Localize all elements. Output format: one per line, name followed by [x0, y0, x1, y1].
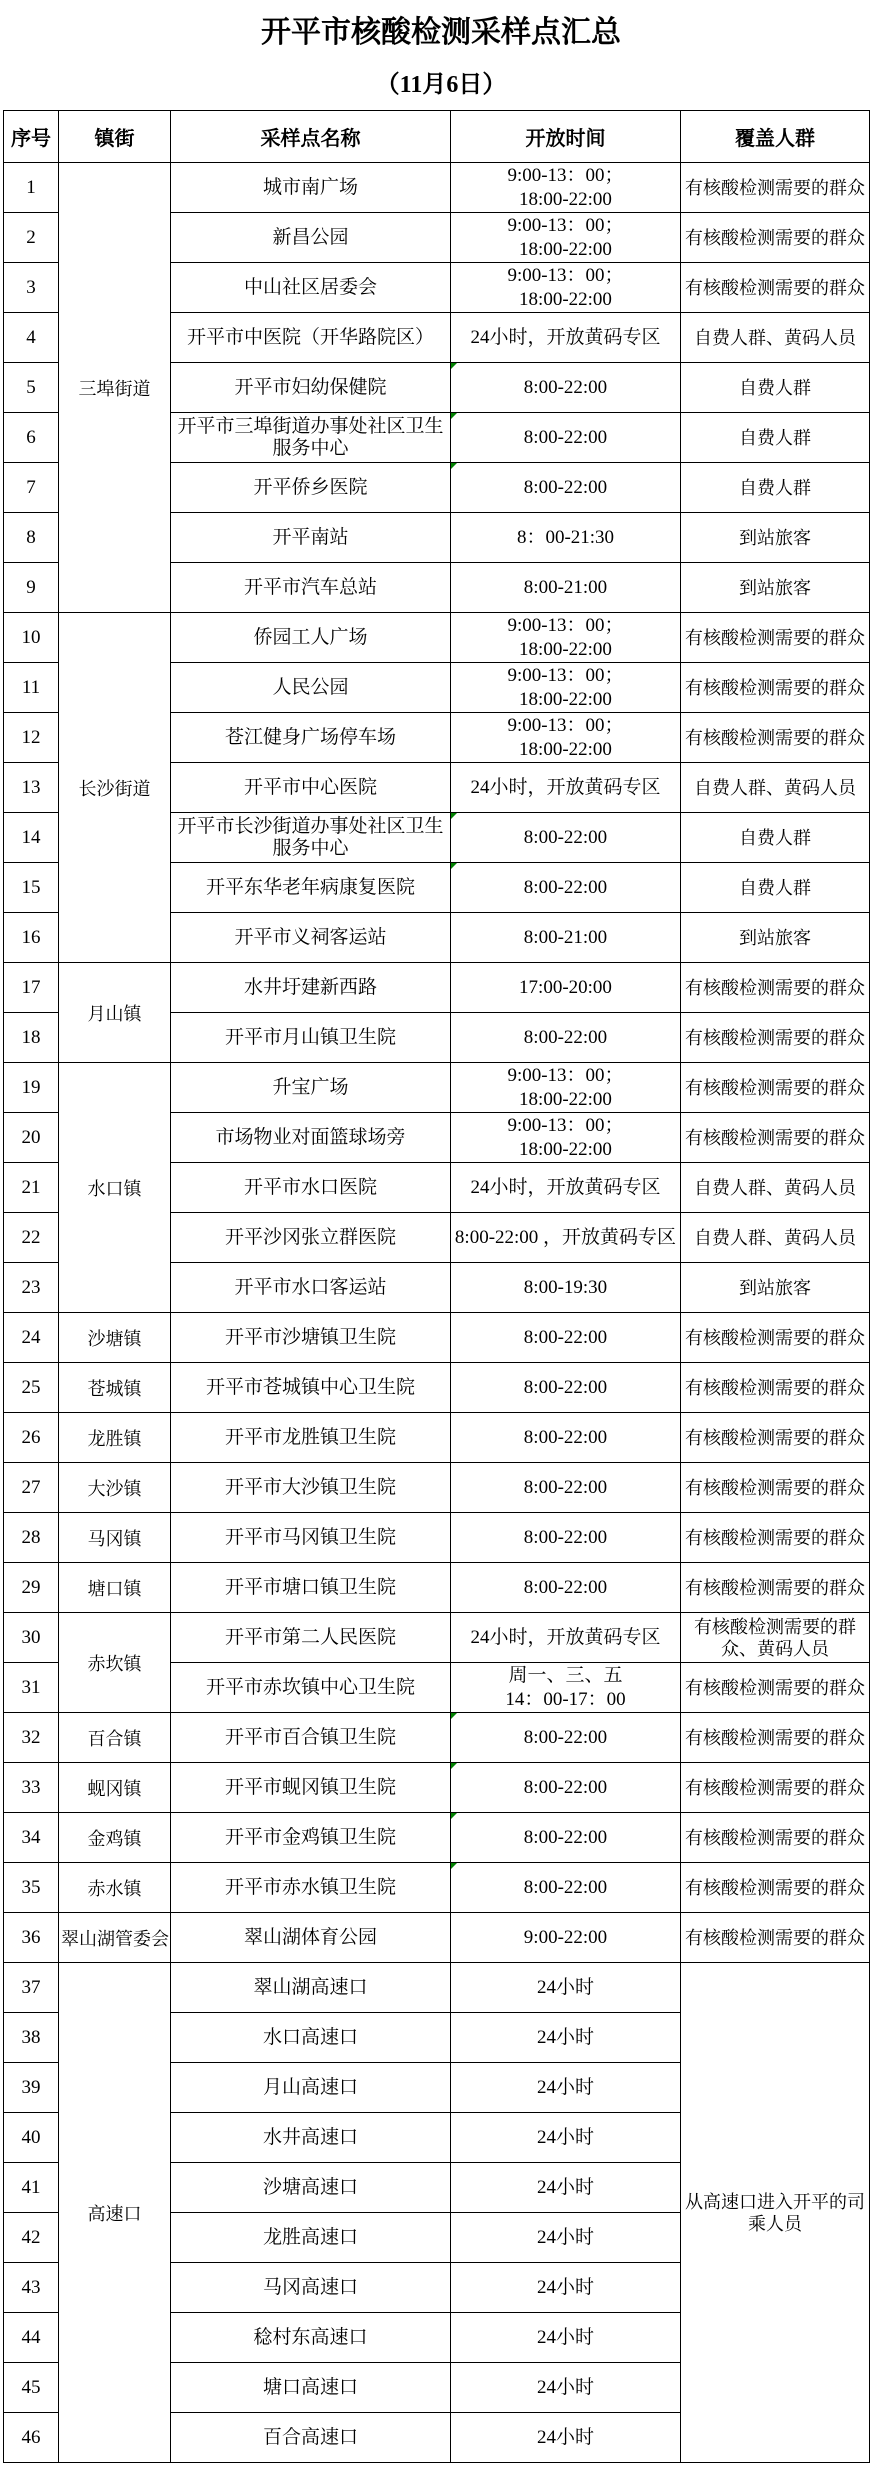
- sampling-site-cell-text: 水井圩建新西路: [244, 977, 377, 998]
- opening-hours-cell: 24小时: [451, 2363, 681, 2413]
- town-cell-text: 月山镇: [88, 1004, 142, 1024]
- coverage-cell-text: 自费人群、黄码人员: [694, 1228, 856, 1248]
- town-cell-text: 马冈镇: [88, 1529, 142, 1549]
- opening-hours-cell-text: 8:00-22:00: [524, 1327, 607, 1348]
- opening-hours-cell-text: 9:00-13：00； 18:00-22:00: [507, 1115, 623, 1160]
- coverage-cell-text: 自费人群: [739, 478, 811, 498]
- opening-hours-cell-text: 24小时: [537, 2277, 594, 2298]
- table-row: 24沙塘镇开平市沙塘镇卫生院8:00-22:00有核酸检测需要的群众: [4, 1313, 870, 1363]
- sampling-site-cell-text: 开平市沙塘镇卫生院: [225, 1327, 396, 1348]
- opening-hours-cell-text: 周一、三、五 14：00-17：00: [505, 1665, 625, 1710]
- serial-number-cell-text: 28: [22, 1527, 41, 1548]
- town-cell-text: 沙塘镇: [88, 1329, 142, 1349]
- serial-number-cell-text: 23: [22, 1277, 41, 1298]
- sampling-site-cell-text: 开平市汽车总站: [244, 577, 377, 598]
- serial-number-cell-text: 35: [22, 1877, 41, 1898]
- serial-number-cell-text: 42: [22, 2227, 41, 2248]
- serial-number-cell: 11: [4, 663, 59, 713]
- sampling-site-cell-text: 开平市大沙镇卫生院: [225, 1477, 396, 1498]
- opening-hours-cell: 24小时: [451, 2413, 681, 2463]
- coverage-cell: 自费人群: [681, 863, 870, 913]
- sampling-site-cell-text: 开平市中心医院: [244, 777, 377, 798]
- serial-number-cell: 29: [4, 1563, 59, 1613]
- opening-hours-cell: 24小时: [451, 2163, 681, 2213]
- coverage-cell-text: 自费人群: [739, 428, 811, 448]
- coverage-cell: 有核酸检测需要的群众: [681, 163, 870, 213]
- sampling-site-cell: 市场物业对面篮球场旁: [171, 1113, 451, 1163]
- serial-number-cell-text: 4: [26, 327, 36, 348]
- coverage-cell-text: 有核酸检测需要的群众: [685, 678, 865, 698]
- opening-hours-cell-text: 24小时: [537, 2327, 594, 2348]
- header-town: 镇街: [59, 111, 171, 163]
- opening-hours-cell-text: 8:00-22:00: [524, 427, 607, 448]
- town-cell-text: 苍城镇: [88, 1379, 142, 1399]
- serial-number-cell: 5: [4, 363, 59, 413]
- opening-hours-cell-text: 8:00-21:00: [524, 927, 607, 948]
- sampling-site-cell-text: 中山社区居委会: [244, 277, 377, 298]
- serial-number-cell-text: 5: [26, 377, 36, 398]
- coverage-cell-text: 有核酸检测需要的群众: [685, 978, 865, 998]
- table-row: 29塘口镇开平市塘口镇卫生院8:00-22:00有核酸检测需要的群众: [4, 1563, 870, 1613]
- serial-number-cell: 16: [4, 913, 59, 963]
- opening-hours-cell-text: 8:00-22:00: [524, 1527, 607, 1548]
- opening-hours-cell: 8:00-22:00: [451, 1513, 681, 1563]
- serial-number-cell: 40: [4, 2113, 59, 2163]
- serial-number-cell: 28: [4, 1513, 59, 1563]
- coverage-cell-text: 有核酸检测需要的群众: [685, 228, 865, 248]
- sampling-site-cell-text: 开平南站: [272, 527, 348, 548]
- town-cell-text: 百合镇: [88, 1729, 142, 1749]
- sampling-points-table: 序号 镇街 采样点名称 开放时间 覆盖人群 1三埠街道城市南广场9:00-13：…: [3, 110, 870, 2463]
- coverage-cell-text: 有核酸检测需要的群众: [685, 1578, 865, 1598]
- opening-hours-cell: 24小时: [451, 2263, 681, 2313]
- opening-hours-cell-text: 8:00-22:00: [524, 1377, 607, 1398]
- coverage-cell-text: 到站旅客: [739, 928, 811, 948]
- opening-hours-cell-text: 24小时，开放黄码专区: [470, 777, 660, 798]
- opening-hours-cell: 24小时: [451, 2013, 681, 2063]
- coverage-cell-text: 有核酸检测需要的群众: [685, 1728, 865, 1748]
- sampling-site-cell: 新昌公园: [171, 213, 451, 263]
- serial-number-cell-text: 31: [22, 1677, 41, 1698]
- sampling-site-cell: 开平市赤水镇卫生院: [171, 1863, 451, 1913]
- opening-hours-cell: 9:00-13：00； 18:00-22:00: [451, 1063, 681, 1113]
- serial-number-cell: 1: [4, 163, 59, 213]
- serial-number-cell: 10: [4, 613, 59, 663]
- opening-hours-cell-text: 8:00-22:00: [524, 377, 607, 398]
- coverage-cell: 有核酸检测需要的群众: [681, 1663, 870, 1713]
- serial-number-cell: 15: [4, 863, 59, 913]
- header-serial-number: 序号: [4, 111, 59, 163]
- opening-hours-cell-text: 24小时，开放黄码专区: [470, 327, 660, 348]
- serial-number-cell-text: 6: [26, 427, 36, 448]
- serial-number-cell-text: 46: [22, 2427, 41, 2448]
- opening-hours-cell-text: 24小时: [537, 2227, 594, 2248]
- sampling-site-cell: 开平市苍城镇中心卫生院: [171, 1363, 451, 1413]
- town-cell: 大沙镇: [59, 1463, 171, 1513]
- town-cell-text: 高速口: [88, 2204, 142, 2224]
- sampling-site-cell-text: 开平市水口医院: [244, 1177, 377, 1198]
- coverage-cell-text: 到站旅客: [739, 578, 811, 598]
- town-cell: 高速口: [59, 1963, 171, 2463]
- sampling-site-cell-text: 开平市中医院（开华路院区）: [187, 327, 434, 348]
- serial-number-cell: 3: [4, 263, 59, 313]
- opening-hours-cell-text: 24小时: [537, 2177, 594, 2198]
- opening-hours-cell-text: 8:00-22:00: [524, 1577, 607, 1598]
- coverage-cell: 有核酸检测需要的群众: [681, 1113, 870, 1163]
- coverage-cell: 有核酸检测需要的群众: [681, 1463, 870, 1513]
- opening-hours-cell: 8:00-22:00: [451, 413, 681, 463]
- serial-number-cell: 4: [4, 313, 59, 363]
- table-row: 30赤坎镇开平市第二人民医院24小时，开放黄码专区有核酸检测需要的群众、黄码人员: [4, 1613, 870, 1663]
- sampling-site-cell: 开平市三埠街道办事处社区卫生服务中心: [171, 413, 451, 463]
- coverage-cell: 有核酸检测需要的群众: [681, 1413, 870, 1463]
- opening-hours-cell: 8:00-22:00: [451, 1363, 681, 1413]
- serial-number-cell: 25: [4, 1363, 59, 1413]
- opening-hours-cell-text: 24小时: [537, 2027, 594, 2048]
- comment-flag-icon: [451, 463, 457, 469]
- coverage-cell: 有核酸检测需要的群众: [681, 1863, 870, 1913]
- coverage-cell-text: 到站旅客: [739, 528, 811, 548]
- opening-hours-cell-text: 9:00-13：00； 18:00-22:00: [507, 715, 623, 760]
- serial-number-cell-text: 22: [22, 1227, 41, 1248]
- town-cell-text: 赤坎镇: [88, 1654, 142, 1674]
- coverage-cell-text: 自费人群: [739, 828, 811, 848]
- sampling-site-cell-text: 开平市金鸡镇卫生院: [225, 1827, 396, 1848]
- opening-hours-cell: 9:00-13：00； 18:00-22:00: [451, 263, 681, 313]
- sampling-site-cell: 开平市月山镇卫生院: [171, 1013, 451, 1063]
- coverage-cell: 到站旅客: [681, 1263, 870, 1313]
- serial-number-cell: 24: [4, 1313, 59, 1363]
- sampling-site-cell: 中山社区居委会: [171, 263, 451, 313]
- table-row: 27大沙镇开平市大沙镇卫生院8:00-22:00有核酸检测需要的群众: [4, 1463, 870, 1513]
- sampling-site-cell: 升宝广场: [171, 1063, 451, 1113]
- table-row: 19水口镇升宝广场9:00-13：00； 18:00-22:00有核酸检测需要的…: [4, 1063, 870, 1113]
- sampling-site-cell-text: 沙塘高速口: [263, 2177, 358, 2198]
- serial-number-cell: 23: [4, 1263, 59, 1313]
- opening-hours-cell-text: 8:00-19:30: [524, 1277, 607, 1298]
- table-row: 32百合镇开平市百合镇卫生院8:00-22:00有核酸检测需要的群众: [4, 1713, 870, 1763]
- opening-hours-cell: 8:00-21:00: [451, 563, 681, 613]
- sampling-site-cell: 开平南站: [171, 513, 451, 563]
- town-cell: 百合镇: [59, 1713, 171, 1763]
- sampling-site-cell: 百合高速口: [171, 2413, 451, 2463]
- header-sampling-site: 采样点名称: [171, 111, 451, 163]
- coverage-cell: 自费人群: [681, 413, 870, 463]
- serial-number-cell: 13: [4, 763, 59, 813]
- sampling-site-cell-text: 塘口高速口: [263, 2377, 358, 2398]
- sampling-site-cell-text: 开平市马冈镇卫生院: [225, 1527, 396, 1548]
- coverage-cell-text: 有核酸检测需要的群众: [685, 278, 865, 298]
- sampling-site-cell-text: 开平市妇幼保健院: [234, 377, 386, 398]
- opening-hours-cell: 24小时: [451, 2113, 681, 2163]
- coverage-cell-text: 有核酸检测需要的群众: [685, 1478, 865, 1498]
- opening-hours-cell-text: 8:00-22:00: [524, 1427, 607, 1448]
- town-cell-text: 赤水镇: [88, 1879, 142, 1899]
- serial-number-cell: 8: [4, 513, 59, 563]
- serial-number-cell-text: 27: [22, 1477, 41, 1498]
- town-cell-text: 龙胜镇: [88, 1429, 142, 1449]
- serial-number-cell: 17: [4, 963, 59, 1013]
- sampling-site-cell: 开平市义祠客运站: [171, 913, 451, 963]
- town-cell: 赤坎镇: [59, 1613, 171, 1713]
- serial-number-cell-text: 14: [22, 827, 41, 848]
- comment-flag-icon: [451, 1713, 457, 1719]
- serial-number-cell: 26: [4, 1413, 59, 1463]
- table-header-row: 序号 镇街 采样点名称 开放时间 覆盖人群: [4, 111, 870, 163]
- opening-hours-cell: 24小时: [451, 2213, 681, 2263]
- sampling-site-cell: 水口高速口: [171, 2013, 451, 2063]
- sampling-site-cell-text: 水口高速口: [263, 2027, 358, 2048]
- serial-number-cell-text: 40: [22, 2127, 41, 2148]
- coverage-cell-text: 有核酸检测需要的群众、黄码人员: [694, 1617, 856, 1659]
- town-cell: 蚬冈镇: [59, 1763, 171, 1813]
- sampling-site-cell-text: 稔村东高速口: [253, 2327, 367, 2348]
- coverage-cell-text: 自费人群、黄码人员: [694, 328, 856, 348]
- comment-flag-icon: [451, 813, 457, 819]
- opening-hours-cell-text: 8:00-22:00: [524, 477, 607, 498]
- opening-hours-cell-text: 9:00-13：00； 18:00-22:00: [507, 665, 623, 710]
- serial-number-cell: 14: [4, 813, 59, 863]
- opening-hours-cell: 8:00-21:00: [451, 913, 681, 963]
- opening-hours-cell: 9:00-13：00； 18:00-22:00: [451, 613, 681, 663]
- sampling-site-cell: 开平市马冈镇卫生院: [171, 1513, 451, 1563]
- sampling-site-cell: 水井高速口: [171, 2113, 451, 2163]
- serial-number-cell: 32: [4, 1713, 59, 1763]
- sampling-site-cell-text: 开平市蚬冈镇卫生院: [225, 1777, 396, 1798]
- sampling-site-cell: 塘口高速口: [171, 2363, 451, 2413]
- town-cell-text: 水口镇: [88, 1179, 142, 1199]
- serial-number-cell-text: 36: [22, 1927, 41, 1948]
- coverage-cell-text: 有核酸检测需要的群众: [685, 1528, 865, 1548]
- sampling-site-cell: 水井圩建新西路: [171, 963, 451, 1013]
- opening-hours-cell: 24小时，开放黄码专区: [451, 763, 681, 813]
- coverage-cell: 有核酸检测需要的群众: [681, 1363, 870, 1413]
- table-row: 26龙胜镇开平市龙胜镇卫生院8:00-22:00有核酸检测需要的群众: [4, 1413, 870, 1463]
- serial-number-cell: 39: [4, 2063, 59, 2113]
- table-body: 1三埠街道城市南广场9:00-13：00； 18:00-22:00有核酸检测需要…: [4, 163, 870, 2463]
- serial-number-cell: 2: [4, 213, 59, 263]
- coverage-cell-text: 从高速口进入开平的司乘人员: [685, 2192, 865, 2234]
- coverage-cell-text: 有核酸检测需要的群众: [685, 1828, 865, 1848]
- serial-number-cell-text: 19: [22, 1077, 41, 1098]
- sampling-site-cell: 马冈高速口: [171, 2263, 451, 2313]
- opening-hours-cell-text: 24小时: [537, 2077, 594, 2098]
- town-cell: 龙胜镇: [59, 1413, 171, 1463]
- serial-number-cell-text: 8: [26, 527, 36, 548]
- serial-number-cell-text: 45: [22, 2377, 41, 2398]
- opening-hours-cell-text: 24小时: [537, 1977, 594, 1998]
- sampling-site-cell: 翠山湖体育公园: [171, 1913, 451, 1963]
- town-cell-text: 塘口镇: [88, 1579, 142, 1599]
- coverage-cell: 有核酸检测需要的群众: [681, 1013, 870, 1063]
- sampling-site-cell-text: 开平市百合镇卫生院: [225, 1727, 396, 1748]
- sampling-site-cell: 开平市水口医院: [171, 1163, 451, 1213]
- sampling-site-cell: 沙塘高速口: [171, 2163, 451, 2213]
- sampling-site-cell-text: 龙胜高速口: [263, 2227, 358, 2248]
- opening-hours-cell-text: 8:00-22:00: [524, 1827, 607, 1848]
- coverage-cell: 到站旅客: [681, 513, 870, 563]
- page-title: 开平市核酸检测采样点汇总: [0, 12, 882, 54]
- opening-hours-cell: 8:00-22:00: [451, 1863, 681, 1913]
- opening-hours-cell-text: 9:00-13：00； 18:00-22:00: [507, 615, 623, 660]
- opening-hours-cell: 周一、三、五 14：00-17：00: [451, 1663, 681, 1713]
- table-row: 10长沙街道侨园工人广场9:00-13：00； 18:00-22:00有核酸检测…: [4, 613, 870, 663]
- coverage-cell-text: 有核酸检测需要的群众: [685, 1028, 865, 1048]
- coverage-cell-text: 有核酸检测需要的群众: [685, 1678, 865, 1698]
- serial-number-cell-text: 12: [22, 727, 41, 748]
- serial-number-cell: 38: [4, 2013, 59, 2063]
- sampling-site-cell: 开平市大沙镇卫生院: [171, 1463, 451, 1513]
- opening-hours-cell-text: 24小时: [537, 2127, 594, 2148]
- coverage-cell-text: 有核酸检测需要的群众: [685, 1428, 865, 1448]
- sampling-site-cell: 人民公园: [171, 663, 451, 713]
- sampling-site-cell-text: 苍江健身广场停车场: [225, 727, 396, 748]
- serial-number-cell-text: 3: [26, 277, 36, 298]
- opening-hours-cell-text: 8:00-22:00: [524, 1727, 607, 1748]
- opening-hours-cell-text: 8:00-22:00: [524, 1777, 607, 1798]
- coverage-cell: 到站旅客: [681, 563, 870, 613]
- sampling-site-cell-text: 翠山湖高速口: [253, 1977, 367, 1998]
- coverage-cell: 有核酸检测需要的群众: [681, 1063, 870, 1113]
- opening-hours-cell: 8:00-22:00: [451, 1413, 681, 1463]
- coverage-cell: 自费人群、黄码人员: [681, 313, 870, 363]
- serial-number-cell: 18: [4, 1013, 59, 1063]
- sampling-site-cell: 城市南广场: [171, 163, 451, 213]
- serial-number-cell-text: 38: [22, 2027, 41, 2048]
- table-row: 34金鸡镇开平市金鸡镇卫生院8:00-22:00有核酸检测需要的群众: [4, 1813, 870, 1863]
- sampling-site-cell: 开平市赤坎镇中心卫生院: [171, 1663, 451, 1713]
- opening-hours-cell-text: 8:00-22:00: [524, 1877, 607, 1898]
- coverage-cell: 自费人群、黄码人员: [681, 763, 870, 813]
- sampling-site-cell: 开平市妇幼保健院: [171, 363, 451, 413]
- comment-flag-icon: [451, 863, 457, 869]
- sampling-site-cell: 开平市水口客运站: [171, 1263, 451, 1313]
- serial-number-cell-text: 24: [22, 1327, 41, 1348]
- serial-number-cell-text: 1: [26, 177, 36, 198]
- serial-number-cell-text: 44: [22, 2327, 41, 2348]
- serial-number-cell-text: 29: [22, 1577, 41, 1598]
- serial-number-cell: 12: [4, 713, 59, 763]
- opening-hours-cell: 9:00-13：00； 18:00-22:00: [451, 213, 681, 263]
- town-cell: 沙塘镇: [59, 1313, 171, 1363]
- town-cell-text: 翠山湖管委会: [61, 1929, 169, 1949]
- sampling-site-cell-text: 新昌公园: [272, 227, 348, 248]
- coverage-cell-text: 有核酸检测需要的群众: [685, 1078, 865, 1098]
- opening-hours-cell: 8:00-22:00: [451, 463, 681, 513]
- sampling-site-cell-text: 开平市第二人民医院: [225, 1627, 396, 1648]
- header-opening-hours: 开放时间: [451, 111, 681, 163]
- sampling-site-cell: 开平市龙胜镇卫生院: [171, 1413, 451, 1463]
- sampling-site-cell-text: 开平市赤坎镇中心卫生院: [206, 1677, 415, 1698]
- serial-number-cell-text: 9: [26, 577, 36, 598]
- serial-number-cell: 42: [4, 2213, 59, 2263]
- town-cell: 水口镇: [59, 1063, 171, 1313]
- serial-number-cell-text: 7: [26, 477, 36, 498]
- sampling-site-cell-text: 开平市水口客运站: [234, 1277, 386, 1298]
- sampling-site-cell-text: 开平市三埠街道办事处社区卫生服务中心: [177, 416, 443, 459]
- town-cell: 金鸡镇: [59, 1813, 171, 1863]
- coverage-cell: 有核酸检测需要的群众: [681, 263, 870, 313]
- sampling-site-cell: 开平市金鸡镇卫生院: [171, 1813, 451, 1863]
- town-cell: 月山镇: [59, 963, 171, 1063]
- serial-number-cell-text: 21: [22, 1177, 41, 1198]
- serial-number-cell: 7: [4, 463, 59, 513]
- coverage-cell: 有核酸检测需要的群众: [681, 1913, 870, 1963]
- town-cell: 赤水镇: [59, 1863, 171, 1913]
- serial-number-cell-text: 18: [22, 1027, 41, 1048]
- sampling-site-cell: 稔村东高速口: [171, 2313, 451, 2363]
- sampling-site-cell-text: 开平沙冈张立群医院: [225, 1227, 396, 1248]
- serial-number-cell-text: 39: [22, 2077, 41, 2098]
- sampling-site-cell: 开平市百合镇卫生院: [171, 1713, 451, 1763]
- coverage-cell: 有核酸检测需要的群众: [681, 663, 870, 713]
- sampling-site-cell: 开平东华老年病康复医院: [171, 863, 451, 913]
- opening-hours-cell: 8:00-22:00: [451, 1013, 681, 1063]
- serial-number-cell: 19: [4, 1063, 59, 1113]
- opening-hours-cell-text: 8:00-22:00: [524, 1477, 607, 1498]
- coverage-cell: 自费人群: [681, 813, 870, 863]
- coverage-cell-text: 有核酸检测需要的群众: [685, 1378, 865, 1398]
- sampling-site-cell: 开平市沙塘镇卫生院: [171, 1313, 451, 1363]
- sampling-site-cell-text: 开平市龙胜镇卫生院: [225, 1427, 396, 1448]
- sampling-site-cell-text: 开平市月山镇卫生院: [225, 1027, 396, 1048]
- sampling-site-cell-text: 开平市长沙街道办事处社区卫生服务中心: [177, 816, 443, 859]
- coverage-cell-text: 自费人群: [739, 378, 811, 398]
- table-row: 1三埠街道城市南广场9:00-13：00； 18:00-22:00有核酸检测需要…: [4, 163, 870, 213]
- opening-hours-cell: 24小时，开放黄码专区: [451, 1613, 681, 1663]
- coverage-cell: 有核酸检测需要的群众、黄码人员: [681, 1613, 870, 1663]
- opening-hours-cell-text: 9:00-13：00； 18:00-22:00: [507, 265, 623, 310]
- opening-hours-cell: 9:00-13：00； 18:00-22:00: [451, 713, 681, 763]
- opening-hours-cell: 9:00-22:00: [451, 1913, 681, 1963]
- opening-hours-cell: 8:00-22:00: [451, 1713, 681, 1763]
- town-cell: 长沙街道: [59, 613, 171, 963]
- coverage-cell: 有核酸检测需要的群众: [681, 1763, 870, 1813]
- serial-number-cell-text: 25: [22, 1377, 41, 1398]
- opening-hours-cell-text: 8：00-21:30: [517, 527, 614, 548]
- opening-hours-cell-text: 24小时，开放黄码专区: [470, 1627, 660, 1648]
- town-cell: 苍城镇: [59, 1363, 171, 1413]
- opening-hours-cell: 24小时: [451, 1963, 681, 2013]
- opening-hours-cell-text: 17:00-20:00: [519, 977, 612, 998]
- coverage-cell: 到站旅客: [681, 913, 870, 963]
- serial-number-cell-text: 10: [22, 627, 41, 648]
- table-row: 33蚬冈镇开平市蚬冈镇卫生院8:00-22:00有核酸检测需要的群众: [4, 1763, 870, 1813]
- sampling-site-cell: 苍江健身广场停车场: [171, 713, 451, 763]
- serial-number-cell-text: 41: [22, 2177, 41, 2198]
- opening-hours-cell-text: 8:00-21:00: [524, 577, 607, 598]
- coverage-cell: 有核酸检测需要的群众: [681, 613, 870, 663]
- coverage-cell: 自费人群: [681, 363, 870, 413]
- coverage-cell-text: 有核酸检测需要的群众: [685, 1878, 865, 1898]
- town-cell: 翠山湖管委会: [59, 1913, 171, 1963]
- header-coverage: 覆盖人群: [681, 111, 870, 163]
- coverage-cell: 有核酸检测需要的群众: [681, 1713, 870, 1763]
- sampling-site-cell-text: 翠山湖体育公园: [244, 1927, 377, 1948]
- serial-number-cell: 21: [4, 1163, 59, 1213]
- serial-number-cell: 33: [4, 1763, 59, 1813]
- sampling-site-cell-text: 人民公园: [272, 677, 348, 698]
- sampling-site-cell: 开平市塘口镇卫生院: [171, 1563, 451, 1613]
- opening-hours-cell-text: 24小时: [537, 2427, 594, 2448]
- comment-flag-icon: [451, 413, 457, 419]
- town-cell-text: 金鸡镇: [88, 1829, 142, 1849]
- coverage-cell: 有核酸检测需要的群众: [681, 213, 870, 263]
- sampling-site-cell-text: 升宝广场: [272, 1077, 348, 1098]
- sampling-site-cell-text: 开平市义祠客运站: [234, 927, 386, 948]
- coverage-cell: 有核酸检测需要的群众: [681, 963, 870, 1013]
- opening-hours-cell-text: 9:00-13：00； 18:00-22:00: [507, 165, 623, 210]
